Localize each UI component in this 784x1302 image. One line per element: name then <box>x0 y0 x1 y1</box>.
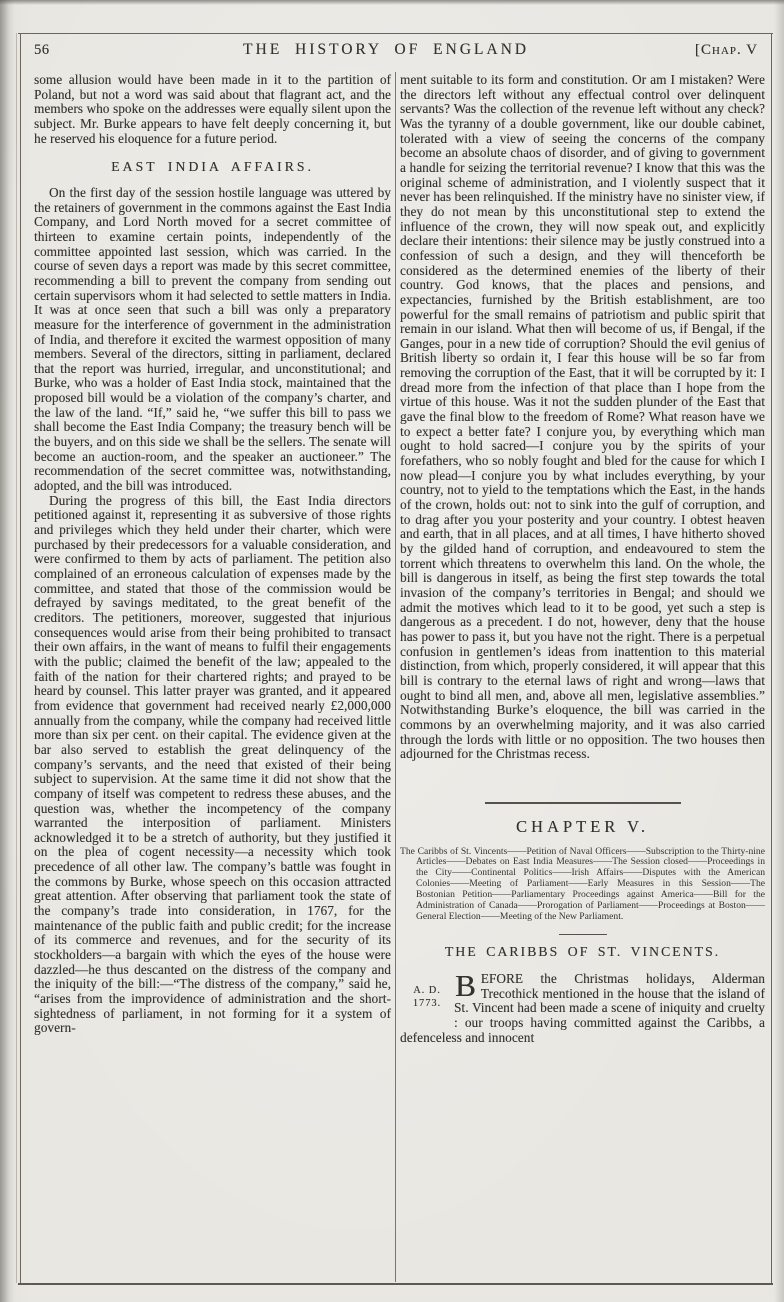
drop-cap-initial: B <box>454 972 481 1000</box>
paragraph-caribbs: A. D.1773.BEFORE the Christmas holidays,… <box>400 972 765 1045</box>
column-divider-rule <box>395 72 396 1282</box>
margin-note-ad: A. D. <box>400 984 454 997</box>
margin-note-year: 1773. <box>400 997 454 1010</box>
chapter-marker: [Chap. V <box>668 42 758 59</box>
chapter-summary: The Caribbs of St. Vincents——Petition of… <box>400 847 765 923</box>
scan-edge-right <box>774 0 784 1302</box>
frame-rule-left-outer <box>16 33 17 1283</box>
section-heading-caribbs: THE CARIBBS OF ST. VINCENTS. <box>400 945 765 960</box>
text-columns: some allusion would have been made in it… <box>34 71 765 1282</box>
paragraph-poland: some allusion would have been made in it… <box>34 73 391 146</box>
frame-rule-right <box>771 33 772 1283</box>
margin-note-date: A. D.1773. <box>400 972 454 1016</box>
paragraph-east-india-1: On the first day of the session hostile … <box>34 186 391 494</box>
paragraph-east-india-2: During the progress of this bill, the Ea… <box>34 494 391 1036</box>
scan-edge-top <box>0 0 784 5</box>
subsection-separator-rule <box>559 934 607 936</box>
running-title: THE HISTORY OF ENGLAND <box>104 41 668 59</box>
right-column: ment suitable to its form and constituti… <box>400 71 765 1282</box>
paragraph-burke-speech: ment suitable to its form and constituti… <box>400 73 765 762</box>
section-heading-east-india: EAST INDIA AFFAIRS. <box>34 160 391 175</box>
frame-rule-left <box>20 33 21 1283</box>
page-header: 56 THE HISTORY OF ENGLAND [Chap. V <box>34 41 758 63</box>
book-page: 56 THE HISTORY OF ENGLAND [Chap. V some … <box>0 0 784 1302</box>
scan-edge-left <box>0 0 14 1302</box>
page-number: 56 <box>34 42 104 59</box>
left-column: some allusion would have been made in it… <box>34 71 391 1282</box>
section-separator-rule <box>485 802 681 804</box>
frame-rule-bottom <box>18 1283 773 1285</box>
frame-rule-top <box>18 33 773 34</box>
chapter-heading: CHAPTER V. <box>400 820 765 835</box>
